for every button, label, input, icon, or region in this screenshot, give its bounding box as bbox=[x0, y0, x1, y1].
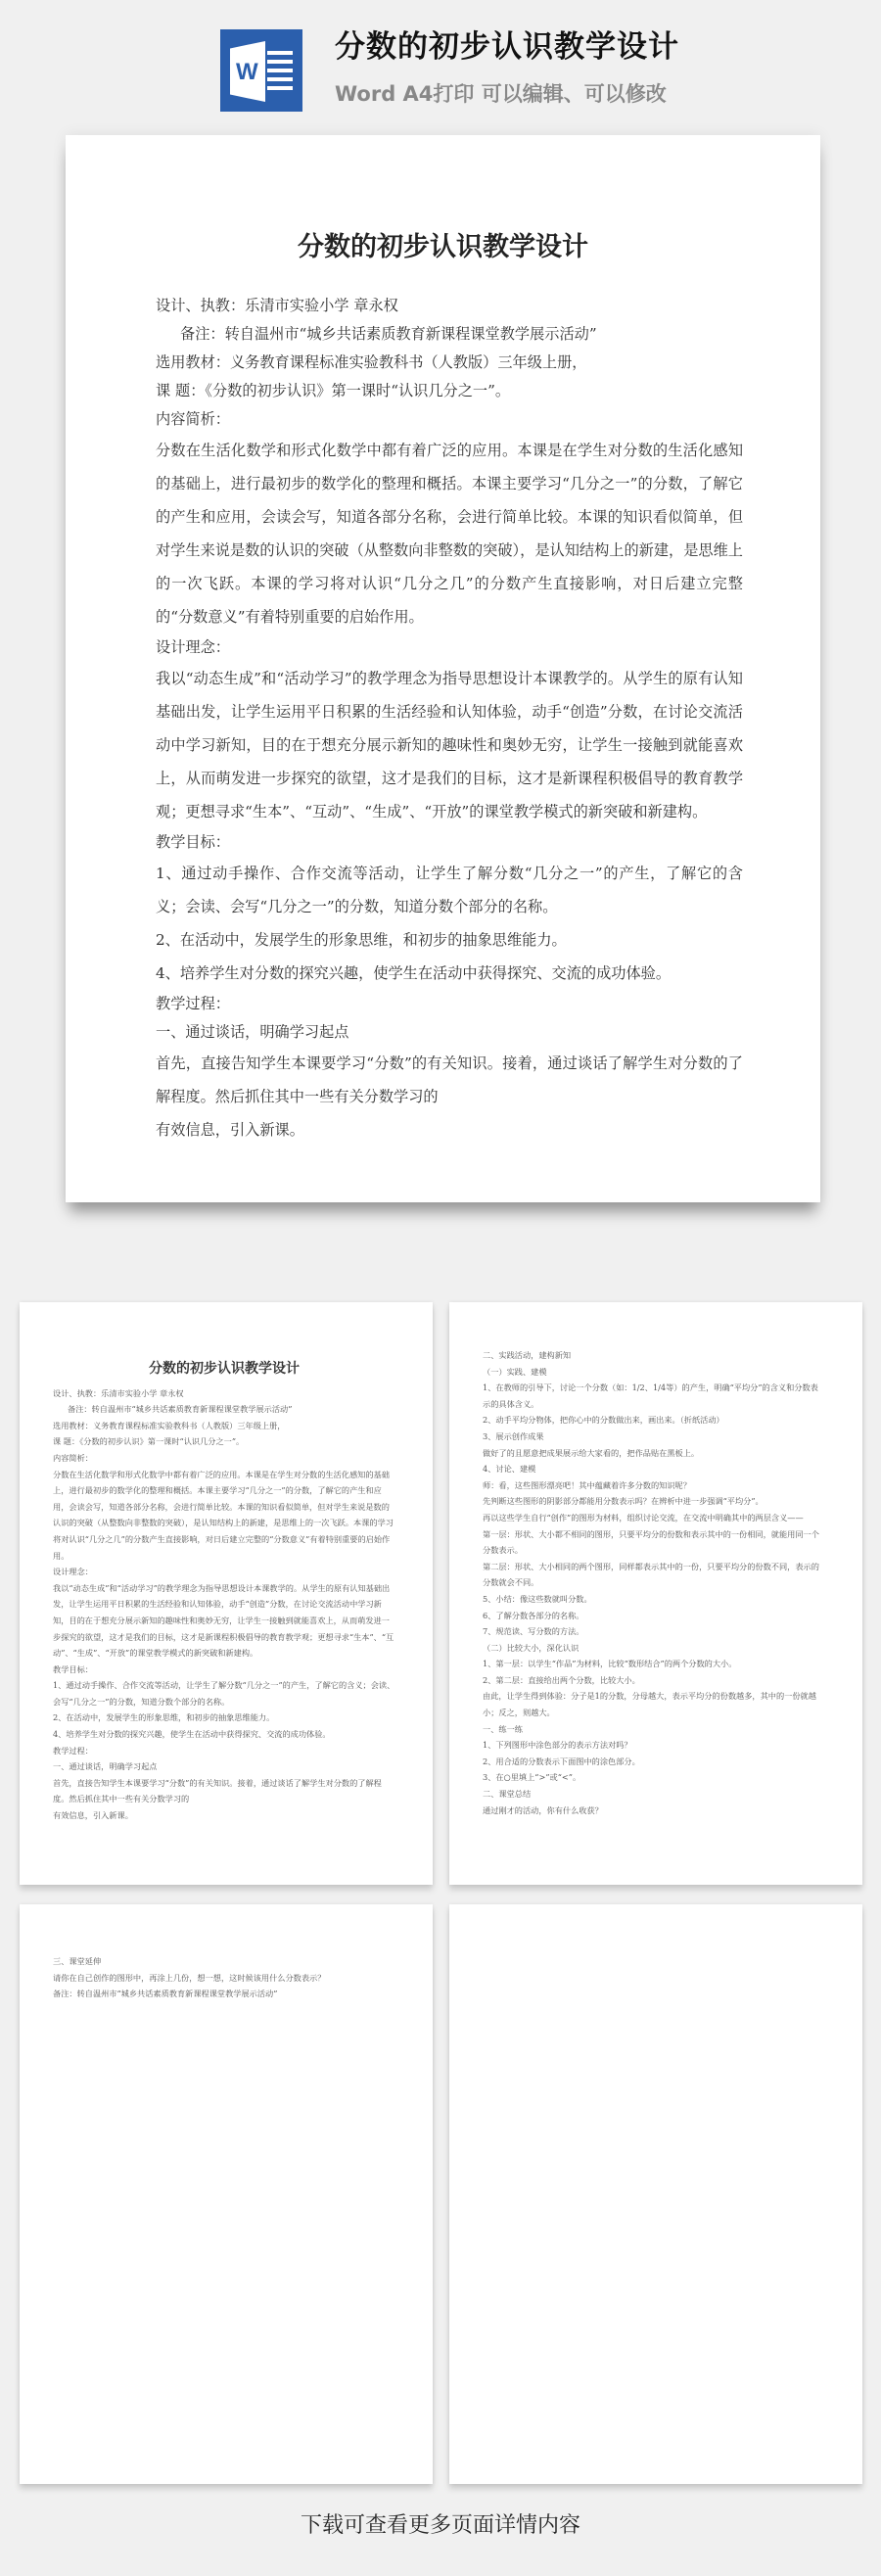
thumbnail-line: 1、下列图形中涂色部分的表示方法对吗？ bbox=[483, 1737, 825, 1754]
thumbnail-line: 有效信息，引入新课。 bbox=[53, 1807, 395, 1824]
main-page-preview: 分数的初步认识教学设计 设计、执教：乐清市实验小学 章永权备注：转自温州市“城乡… bbox=[66, 135, 820, 1202]
page-thumbnail-3[interactable]: 三、课堂延伸请你在自己创作的图形中，再涂上几份，想一想，这时候该用什么分数表示？… bbox=[20, 1904, 433, 2484]
document-paragraph: 内容简析： bbox=[156, 405, 743, 434]
thumbnail-line: 2、第二层：直接给出两个分数，比较大小。 bbox=[483, 1672, 825, 1689]
document-paragraph: 分数在生活化数学和形式化数学中都有着广泛的应用。本课是在学生对分数的生活化感知的… bbox=[156, 434, 743, 633]
document-paragraph: 教学目标： bbox=[156, 828, 743, 857]
thumbnail-line: 通过刚才的活动，你有什么收获？ bbox=[483, 1803, 825, 1819]
thumbnail-line: 备注：转自温州市“城乡共话素质教育新课程课堂教学展示活动” bbox=[53, 1986, 395, 2002]
thumbnail-body: 分数的初步认识教学设计 设计、执教：乐清市实验小学 章永权备注：转自温州市“城乡… bbox=[53, 1361, 395, 1824]
document-paragraph: 我以“动态生成”和“活动学习”的教学理念为指导思想设计本课教学的。从学生的原有认… bbox=[156, 662, 743, 828]
download-more-text[interactable]: 下载可查看更多页面详情内容 bbox=[0, 2508, 881, 2539]
thumbnail-line: 备注：转自温州市“城乡共话素质教育新课程课堂教学展示活动” bbox=[53, 1401, 395, 1418]
thumbnail-line: 1、在教师的引导下，讨论一个分数（如：1/2、1/4等）的产生，明确“平均分”的… bbox=[483, 1380, 825, 1412]
thumbnail-line: 请你在自己创作的图形中，再涂上几份，想一想，这时候该用什么分数表示？ bbox=[53, 1970, 395, 1987]
thumbnail-line: 1、第一层：以学生“作品”为材料，比较“数形结合”的两个分数的大小。 bbox=[483, 1656, 825, 1672]
document-paragraph: 首先，直接告知学生本课要学习“分数”的有关知识。接着，通过谈话了解学生对分数的了… bbox=[156, 1047, 743, 1113]
thumbnail-body: 二、实践活动，建构新知（一）实践、建模1、在教师的引导下，讨论一个分数（如：1/… bbox=[483, 1347, 825, 1818]
thumbnail-line: 由此，让学生得到体验：分子是1的分数，分母越大，表示平均分的份数越多，其中的一份… bbox=[483, 1688, 825, 1720]
thumbnail-line: 师：看，这些图形漂亮吧！其中蕴藏着许多分数的知识呢？ bbox=[483, 1477, 825, 1494]
thumbnail-line: 7、规范读、写分数的方法。 bbox=[483, 1623, 825, 1640]
thumbnail-line: 分数在生活化数学和形式化数学中都有着广泛的应用。本课是在学生对分数的生活化感知的… bbox=[53, 1467, 395, 1565]
page-thumbnail-4[interactable] bbox=[449, 1904, 862, 2484]
page-thumbnail-2[interactable]: 二、实践活动，建构新知（一）实践、建模1、在教师的引导下，讨论一个分数（如：1/… bbox=[449, 1302, 862, 1885]
document-paragraph: 备注：转自温州市“城乡共话素质教育新课程课堂教学展示活动” bbox=[156, 320, 743, 349]
thumbnail-line: 5、小结：像这些数就叫分数。 bbox=[483, 1591, 825, 1608]
thumbnail-line: 2、用合适的分数表示下面图中的涂色部分。 bbox=[483, 1754, 825, 1770]
thumbnail-line: 4、讨论、建模 bbox=[483, 1461, 825, 1477]
header-title: 分数的初步认识教学设计 bbox=[335, 22, 679, 66]
thumbnail-line: （一）实践、建模 bbox=[483, 1364, 825, 1381]
thumbnail-line: 第一层：形状、大小都不相同的图形，只要平均分的份数和表示其中的一份相同，就能用同… bbox=[483, 1526, 825, 1559]
thumbnail-line: 6、了解分数各部分的名称。 bbox=[483, 1608, 825, 1624]
thumbnail-line: 选用教材：义务教育课程标准实验教科书（人教版）三年级上册， bbox=[53, 1418, 395, 1434]
document-paragraph: 一、通过谈话，明确学习起点 bbox=[156, 1018, 743, 1047]
thumbnail-line: 4、培养学生对分数的探究兴趣，使学生在活动中获得探究、交流的成功体验。 bbox=[53, 1726, 395, 1743]
document-paragraph: 课 题：《分数的初步认识》第一课时“认识几分之一”。 bbox=[156, 377, 743, 405]
thumbnail-line: 再以这些学生自行“创作”的图形为材料，组织讨论交流，在交流中明确其中的两层含义—… bbox=[483, 1510, 825, 1526]
document-paragraph: 1、通过动手操作、合作交流等活动，让学生了解分数“几分之一”的产生，了解它的含义… bbox=[156, 857, 743, 923]
thumbnail-line: 1、通过动手操作、合作交流等活动，让学生了解分数“几分之一”的产生，了解它的含义… bbox=[53, 1677, 395, 1710]
thumbnail-line: 二、课堂总结 bbox=[483, 1786, 825, 1803]
thumbnail-line: 设计理念： bbox=[53, 1564, 395, 1580]
header: W 分数的初步认识教学设计 Word A4打印 可以编辑、可以修改 bbox=[0, 0, 881, 127]
document-paragraph: 选用教材：义务教育课程标准实验教科书（人教版）三年级上册， bbox=[156, 349, 743, 377]
page-thumbnail-1[interactable]: 分数的初步认识教学设计 设计、执教：乐清市实验小学 章永权备注：转自温州市“城乡… bbox=[20, 1302, 433, 1885]
thumbnail-line: 先判断这些图形的阴影部分都能用分数表示吗？在辨析中进一步强调“平均分”。 bbox=[483, 1493, 825, 1510]
thumbnail-line: 二、实践活动，建构新知 bbox=[483, 1347, 825, 1364]
header-subtitle: Word A4打印 可以编辑、可以修改 bbox=[335, 78, 667, 108]
document-paragraph: 设计理念： bbox=[156, 633, 743, 662]
thumbnail-line: （二）比较大小，深化认识 bbox=[483, 1640, 825, 1657]
document-body: 设计、执教：乐清市实验小学 章永权备注：转自温州市“城乡共话素质教育新课程课堂教… bbox=[156, 292, 743, 1147]
thumbnail-line: 三、课堂延伸 bbox=[53, 1953, 395, 1970]
thumbnail-line: 做好了的且愿意把成果展示给大家看的，把作品贴在黑板上。 bbox=[483, 1445, 825, 1462]
thumbnail-line: 课 题：《分数的初步认识》第一课时“认识几分之一”。 bbox=[53, 1433, 395, 1450]
thumbnail-line: 内容简析： bbox=[53, 1450, 395, 1467]
thumbnail-line: 第二层：形状、大小相同的两个图形，同样都表示其中的一份，只要平均分的份数不同，表… bbox=[483, 1559, 825, 1591]
thumbnail-line: 教学过程： bbox=[53, 1743, 395, 1759]
document-paragraph: 4、培养学生对分数的探究兴趣，使学生在活动中获得探究、交流的成功体验。 bbox=[156, 957, 743, 990]
thumbnail-line: 3、展示创作成果 bbox=[483, 1429, 825, 1445]
thumbnail-line: 教学目标： bbox=[53, 1662, 395, 1678]
thumbnail-line: 设计、执教：乐清市实验小学 章永权 bbox=[53, 1385, 395, 1402]
document-paragraph: 教学过程： bbox=[156, 990, 743, 1018]
document-paragraph: 有效信息，引入新课。 bbox=[156, 1113, 743, 1147]
word-document-icon: W bbox=[220, 29, 302, 112]
document-paragraph: 设计、执教：乐清市实验小学 章永权 bbox=[156, 292, 743, 320]
word-icon-letter: W bbox=[236, 59, 258, 86]
thumbnail-line: 3、在○里填上“>”或“<”。 bbox=[483, 1769, 825, 1786]
thumbnail-line: 我以“动态生成”和“活动学习”的教学理念为指导思想设计本课教学的。从学生的原有认… bbox=[53, 1580, 395, 1662]
thumbnail-body: 三、课堂延伸请你在自己创作的图形中，再涂上几份，想一想，这时候该用什么分数表示？… bbox=[53, 1953, 395, 2002]
thumbnail-line: 一、通过谈话，明确学习起点 bbox=[53, 1758, 395, 1775]
document-paragraph: 2、在活动中，发展学生的形象思维，和初步的抽象思维能力。 bbox=[156, 923, 743, 957]
thumbnail-line: 首先，直接告知学生本课要学习“分数”的有关知识。接着，通过谈话了解学生对分数的了… bbox=[53, 1775, 395, 1807]
thumbnail-line: 2、动手平均分物体，把你心中的分数做出来，画出来。（折纸活动） bbox=[483, 1412, 825, 1429]
thumbnail-line: 2、在活动中，发展学生的形象思维，和初步的抽象思维能力。 bbox=[53, 1710, 395, 1726]
thumbnail-title: 分数的初步认识教学设计 bbox=[53, 1361, 395, 1378]
document-title: 分数的初步认识教学设计 bbox=[66, 225, 820, 263]
thumbnail-line: 一、练一练 bbox=[483, 1721, 825, 1738]
